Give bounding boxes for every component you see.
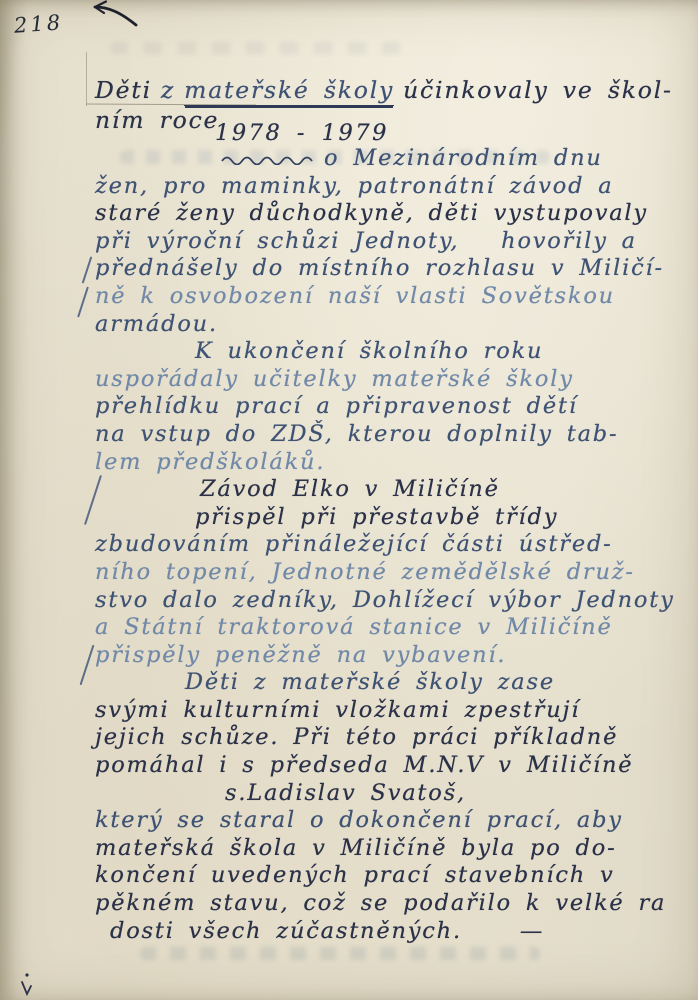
manuscript-line: přispěly peněžně na vybavení.	[95, 642, 685, 670]
bleed-through-smudge	[110, 42, 410, 54]
line-text: o Mezinárodním dnu	[324, 145, 603, 171]
manuscript-line: přispěl při přestavbě třídy	[95, 504, 685, 532]
manuscript-line: uspořádaly učitelky mateřské školy	[95, 366, 685, 394]
manuscript-line: přehlídku prací a připravenost dětí	[95, 393, 685, 421]
curved-ink-arrow-icon	[88, 0, 140, 30]
manuscript-line: ně k osvobození naší vlasti Sovětskou	[95, 283, 685, 311]
manuscript-line: dosti všech zúčastněných.—	[95, 918, 685, 946]
small-ink-check-icon	[18, 972, 38, 998]
manuscript-line: na vstup do ZDŠ, kterou doplnily tab-	[95, 421, 685, 449]
manuscript-line: s.Ladislav Svatoš,	[95, 780, 685, 808]
manuscript-line: končení uvedených prací stavebních v	[95, 862, 685, 890]
end-dash: —	[520, 918, 544, 944]
manuscript-line: zbudováním přináležející části ústřed-	[95, 531, 685, 559]
wavy-underline-icon	[220, 145, 314, 173]
manuscript-line: lem předškoláků.	[95, 449, 685, 477]
title-word-deti: Děti	[95, 76, 152, 104]
margin-slash-mark	[82, 256, 93, 283]
manuscript-line: Závod Elko v Miličíně	[95, 476, 685, 504]
margin-slash-mark	[77, 286, 89, 317]
title-underlined-phrase: mateřské školy	[184, 76, 394, 106]
manuscript-line: K ukončení školního roku	[95, 338, 685, 366]
manuscript-line: jejich schůze. Při této práci příkladně	[95, 724, 685, 752]
manuscript-text: Dětizmateřské školyúčinkovaly ve škol- n…	[95, 76, 685, 945]
title-rest: účinkovaly ve škol-	[403, 76, 673, 104]
manuscript-line: Děti z mateřské školy zase	[95, 669, 685, 697]
pencil-guideline	[86, 52, 87, 106]
manuscript-line: a Státní traktorová stanice v Miličíně	[95, 614, 685, 642]
manuscript-line: o Mezinárodním dnu	[95, 145, 685, 173]
manuscript-page: 218 Dětizmateřské školyúčinkovaly ve ško…	[0, 0, 698, 1000]
page-number: 218	[13, 10, 64, 37]
title-line-1: Dětizmateřské školyúčinkovaly ve škol-	[95, 76, 685, 106]
manuscript-line: pomáhal i s předseda M.N.V v Miličíně	[95, 752, 685, 780]
manuscript-line: pěkném stavu, což se podařilo k velké ra	[95, 890, 685, 918]
manuscript-line: při výroční schůzi Jednoty, hovořily a	[95, 228, 685, 256]
bleed-through-smudge	[140, 947, 540, 960]
manuscript-line: mateřská škola v Miličíně byla po do-	[95, 835, 685, 863]
title-connector: z	[161, 76, 175, 104]
margin-slash-mark	[80, 645, 95, 686]
manuscript-line: ního topení, Jednotné zemědělské druž-	[95, 559, 685, 587]
manuscript-line: žen, pro maminky, patronátní závod a	[95, 173, 685, 201]
manuscript-line: armádou.	[95, 311, 685, 339]
manuscript-line: který se staral o dokončení prací, aby	[95, 807, 685, 835]
manuscript-line: staré ženy důchodkyně, děti vystupovaly	[95, 200, 685, 228]
manuscript-line: stvo dalo zedníky, Dohlížecí výbor Jedno…	[95, 587, 685, 615]
line-text: dosti všech zúčastněných.	[110, 918, 462, 944]
manuscript-line: svými kulturními vložkami zpestřují	[95, 697, 685, 725]
manuscript-line: přednášely do místního rozhlasu v Miličí…	[95, 255, 685, 283]
